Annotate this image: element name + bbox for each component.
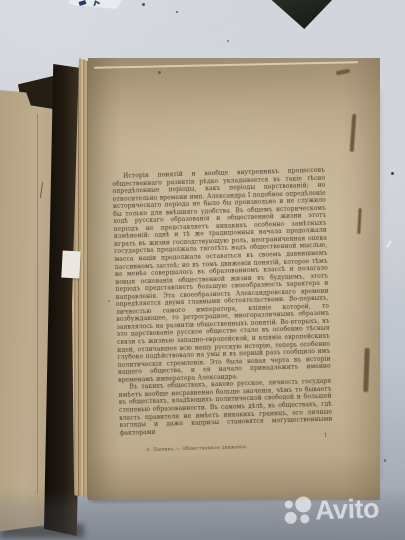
avito-watermark: Avito bbox=[281, 492, 379, 527]
bookmark-strip bbox=[61, 251, 80, 279]
footer-caption: А. Пыпинъ.— Общественное движеніе. bbox=[146, 441, 333, 452]
avito-logo-icon bbox=[281, 495, 314, 528]
dust-speck bbox=[142, 3, 145, 6]
avito-wordmark: Avito bbox=[314, 493, 379, 526]
label-mark bbox=[79, 0, 87, 6]
dust-speck bbox=[391, 172, 394, 175]
foxing-spot bbox=[158, 71, 161, 74]
paragraph: Исторія понятій и вообще внутреннихъ про… bbox=[112, 167, 331, 385]
right-page: Исторія понятій и вообще внутреннихъ про… bbox=[88, 58, 380, 500]
signature-number: 1 bbox=[324, 433, 333, 439]
dust-speck bbox=[176, 11, 178, 13]
page-crease bbox=[37, 114, 38, 494]
label-mark bbox=[91, 0, 100, 6]
page-tear bbox=[40, 182, 43, 198]
photo-of-open-book: Исторія понятій и вообще внутреннихъ про… bbox=[0, 0, 405, 540]
paragraph: Въ такихъ обществахъ, каково русское, ли… bbox=[118, 378, 332, 437]
page-shading bbox=[340, 58, 380, 500]
dust-speck bbox=[227, 40, 229, 42]
dust-speck bbox=[384, 459, 386, 462]
foxing-spot bbox=[108, 300, 110, 302]
page-text-block: Исторія понятій и вообще внутреннихъ про… bbox=[112, 167, 333, 453]
